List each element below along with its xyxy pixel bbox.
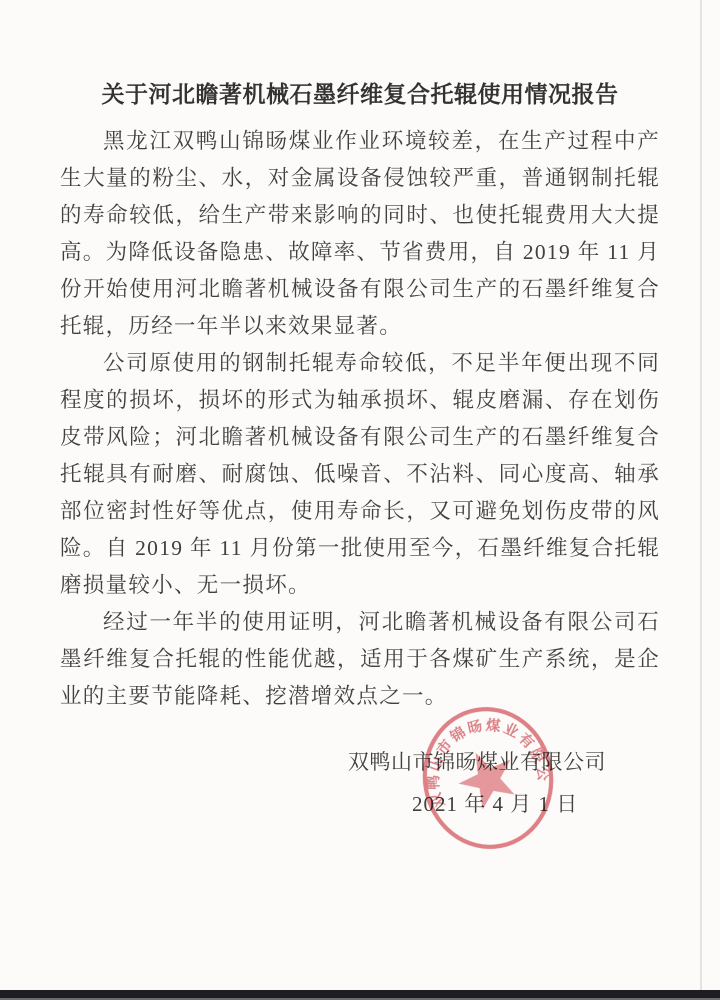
document-body: 黑龙江双鸭山锦旸煤业作业环境较差，在生产过程中产生大量的粉尘、水，对金属设备侵蚀…: [60, 123, 660, 715]
scanned-document-page: 关于河北瞻著机械石墨纤维复合托辊使用情况报告 黑龙江双鸭山锦旸煤业作业环境较差，…: [0, 0, 720, 1000]
company-seal: 双鸭山市锦旸煤业有限公司: [407, 692, 569, 864]
seal-ring: [414, 699, 562, 857]
paragraph: 经过一年半的使用证明，河北瞻著机械设备有限公司石墨纤维复合托辊的性能优越，适用于…: [60, 604, 660, 715]
scanner-edge-band: [0, 990, 720, 998]
document-title: 关于河北瞻著机械石墨纤维复合托辊使用情况报告: [60, 78, 660, 112]
paragraph: 公司原使用的钢制托辊寿命较低，不足半年便出现不同程度的损坏，损坏的形式为轴承损坏…: [60, 345, 660, 604]
scan-artifact-vertical-line: [700, 0, 702, 990]
company-signature: 双鸭山市锦旸煤业有限公司: [348, 746, 606, 776]
paragraph: 黑龙江双鸭山锦旸煤业作业环境较差，在生产过程中产生大量的粉尘、水，对金属设备侵蚀…: [60, 123, 660, 345]
document-date: 2021 年 4 月 1 日: [412, 788, 578, 818]
